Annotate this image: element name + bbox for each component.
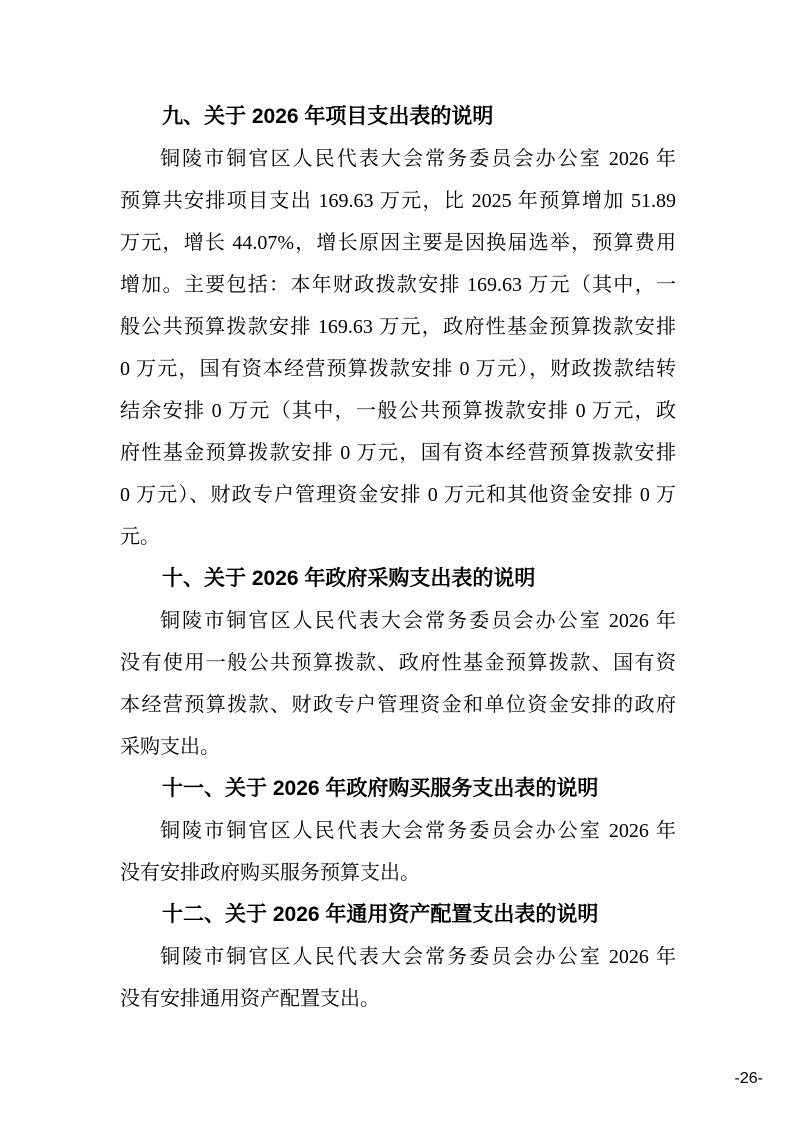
text-line: 结余安排 0 万元（其中，一般公共预算拨款安排 0 万元，政	[120, 390, 676, 432]
text-line: 府性基金预算拨款安排 0 万元，国有资本经营预算拨款安排	[120, 432, 676, 474]
section-project-expenditure-notes: 九、关于 2026 年项目支出表的说明 铜陵市铜官区人民代表大会常务委员会办公室…	[120, 96, 676, 558]
section-purchased-services-notes: 十一、关于 2026 年政府购买服务支出表的说明 铜陵市铜官区人民代表大会常务委…	[120, 768, 676, 894]
document-content: 九、关于 2026 年项目支出表的说明 铜陵市铜官区人民代表大会常务委员会办公室…	[120, 96, 676, 1020]
section-heading: 十、关于 2026 年政府采购支出表的说明	[120, 558, 676, 600]
text-line: 没有安排通用资产配置支出。	[120, 978, 676, 1020]
document-page: 九、关于 2026 年项目支出表的说明 铜陵市铜官区人民代表大会常务委员会办公室…	[0, 0, 793, 1122]
text-line: 没有安排政府购买服务预算支出。	[120, 852, 676, 894]
text-line: 铜陵市铜官区人民代表大会常务委员会办公室 2026 年	[120, 138, 676, 180]
text-line: 0 万元，国有资本经营预算拨款安排 0 万元），财政拨款结转	[120, 348, 676, 390]
text-line: 本经营预算拨款、财政专户管理资金和单位资金安排的政府	[120, 684, 676, 726]
section-government-procurement-notes: 十、关于 2026 年政府采购支出表的说明 铜陵市铜官区人民代表大会常务委员会办…	[120, 558, 676, 768]
text-line: 增加。主要包括：本年财政拨款安排 169.63 万元（其中，一	[120, 264, 676, 306]
text-line: 采购支出。	[120, 726, 676, 768]
text-line: 没有使用一般公共预算拨款、政府性基金预算拨款、国有资	[120, 642, 676, 684]
text-line: 铜陵市铜官区人民代表大会常务委员会办公室 2026 年	[120, 936, 676, 978]
text-line: 般公共预算拨款安排 169.63 万元，政府性基金预算拨款安排	[120, 306, 676, 348]
section-heading: 十二、关于 2026 年通用资产配置支出表的说明	[120, 894, 676, 936]
text-line: 铜陵市铜官区人民代表大会常务委员会办公室 2026 年	[120, 600, 676, 642]
text-line: 万元，增长 44.07%，增长原因主要是因换届选举，预算费用	[120, 222, 676, 264]
section-heading: 九、关于 2026 年项目支出表的说明	[120, 96, 676, 138]
text-line: 0 万元）、财政专户管理资金安排 0 万元和其他资金安排 0 万	[120, 474, 676, 516]
page-number: -26-	[735, 1068, 763, 1090]
text-line: 铜陵市铜官区人民代表大会常务委员会办公室 2026 年	[120, 810, 676, 852]
section-general-asset-allocation-notes: 十二、关于 2026 年通用资产配置支出表的说明 铜陵市铜官区人民代表大会常务委…	[120, 894, 676, 1020]
text-line: 预算共安排项目支出 169.63 万元，比 2025 年预算增加 51.89	[120, 180, 676, 222]
text-line: 元。	[120, 516, 676, 558]
section-heading: 十一、关于 2026 年政府购买服务支出表的说明	[120, 768, 676, 810]
